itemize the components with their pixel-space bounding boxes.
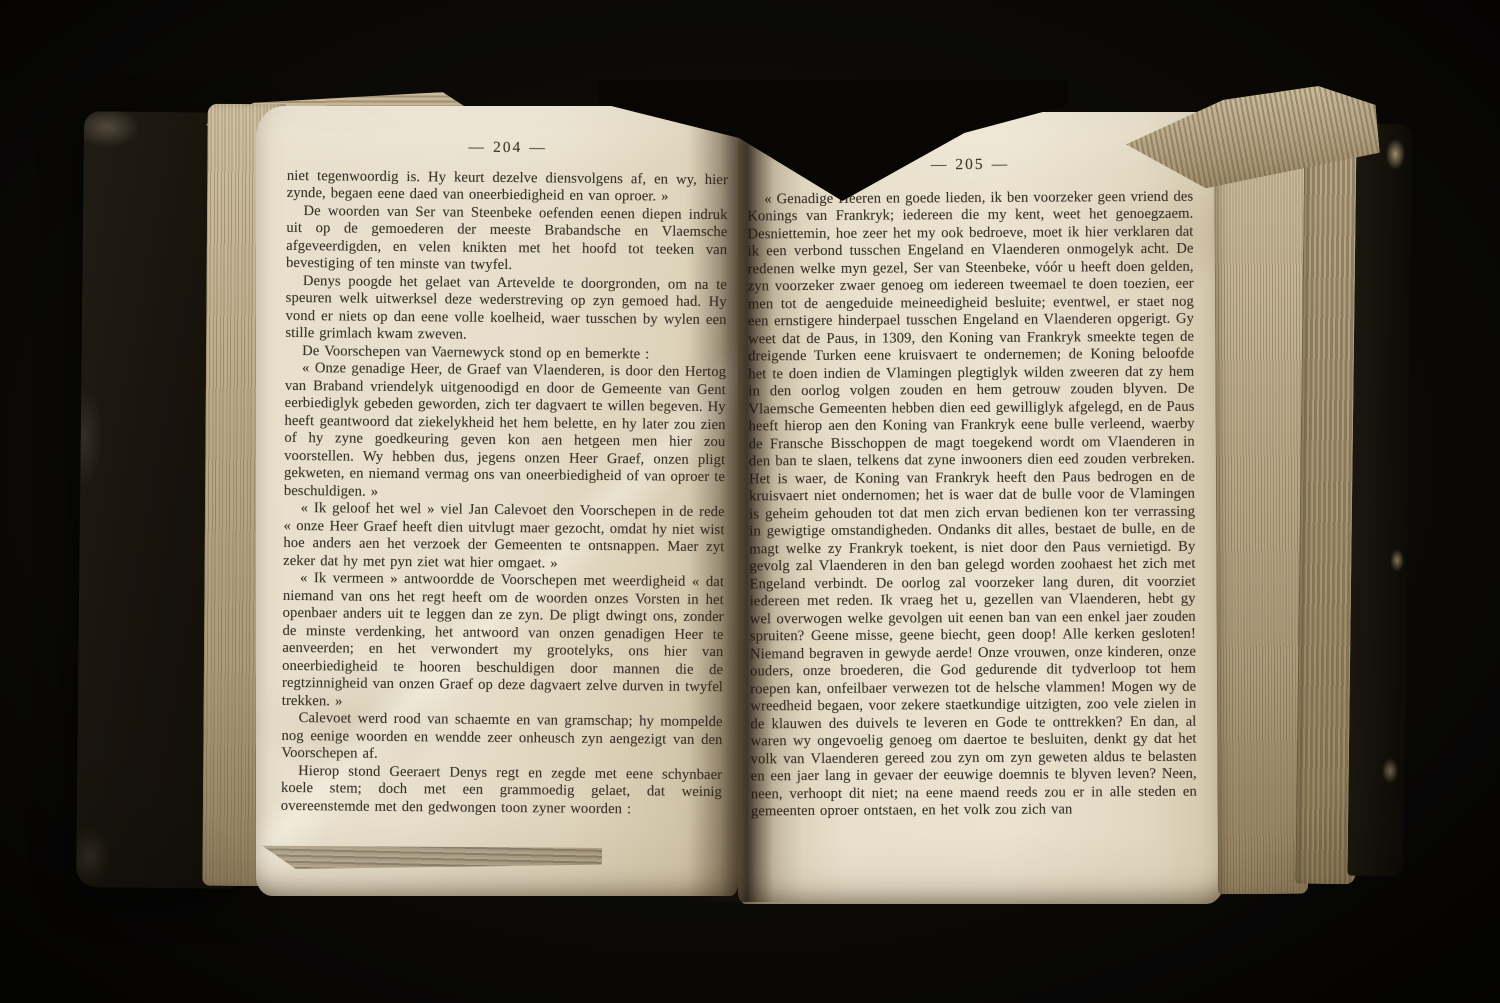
page-number-204: — 204 — [287, 137, 728, 159]
paragraph: Hierop stond Geeraert Denys regt en zegd… [281, 762, 722, 819]
page-205-content: — 205 — « Genadige Heeren en goede liede… [747, 155, 1197, 821]
paragraph: De woorden van Ser van Steenbeke oefende… [286, 202, 728, 276]
book-cover-right [1347, 124, 1412, 877]
page-block-fore-edge-right [1214, 112, 1308, 894]
paragraph: « Genadige Heeren en goede lieden, ik be… [747, 188, 1197, 821]
paragraph: « Onze genadige Heer, de Graef van Vlaen… [284, 360, 726, 504]
page-204-content: — 204 — niet tegenwoordig is. Hy keurt d… [281, 137, 728, 819]
paragraph: Denys poogde het gelaet van Artevelde te… [285, 272, 727, 346]
paragraph: niet tegenwoordig is. Hy keurt dezelve d… [287, 167, 728, 206]
open-book-photo: — 204 — niet tegenwoordig is. Hy keurt d… [0, 0, 1500, 1003]
page-number-205: — 205 — [747, 155, 1193, 175]
paragraph: Calevoet werd rood van schaemte en van g… [281, 710, 722, 767]
paragraph: « Ik vermeen » antwoordde de Voorschepen… [282, 570, 724, 714]
paragraph: « Ik geloof het wel » viel Jan Calevoet … [283, 500, 725, 574]
